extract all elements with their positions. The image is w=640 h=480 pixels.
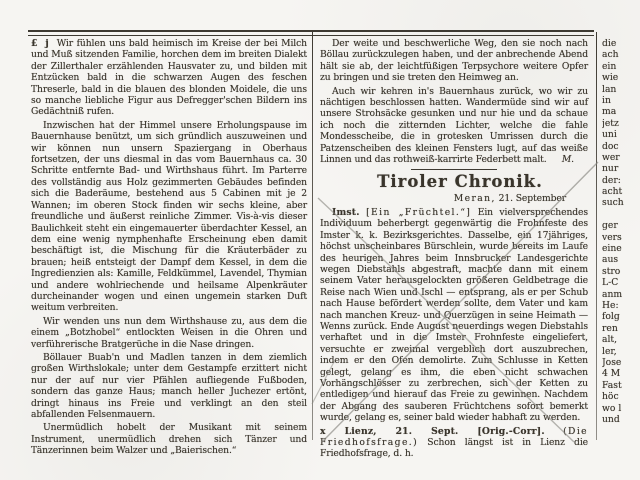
dateline-place: Meran,	[454, 193, 496, 204]
edge-fragment-line: ein	[602, 61, 638, 72]
article-lead: Imst.	[332, 207, 360, 218]
edge-fragment-line: eine	[602, 243, 638, 254]
edge-fragment-line: anm	[602, 289, 638, 300]
article-lead: x Lienz, 21. Sept. [Orig.-Corr].	[320, 426, 545, 437]
edge-fragment-line: 4 M	[602, 368, 638, 379]
edge-fragment-line: wie	[602, 72, 638, 83]
edge-fragment-line: Jose	[602, 357, 638, 368]
masthead-bottom-rule	[28, 30, 594, 36]
paragraph-text: Auch wir kehren in's Bauernhaus zurück, …	[320, 86, 588, 165]
edge-fragment-line: der:	[602, 175, 638, 186]
edge-fragment-line: uni	[602, 129, 638, 140]
edge-fragment-line: ma	[602, 106, 638, 117]
edge-fragment-line: He:	[602, 300, 638, 311]
edge-fragment-line: die	[602, 38, 638, 49]
edge-fragment-line: höc	[602, 391, 638, 402]
column-divider	[312, 32, 313, 440]
paragraph-text: Wir fühlen uns bald heimisch im Kreise d…	[31, 38, 307, 117]
article-paragraph: Der weite und beschwerliche Weg, den sie…	[320, 38, 588, 84]
edge-fragment-line: ach	[602, 49, 638, 60]
edge-fragment-line: stro	[602, 266, 638, 277]
article-paragraph: Auch wir kehren in's Bauernhaus zurück, …	[320, 86, 588, 166]
left-text-column: £ jWir fühlen uns bald heimisch im Kreis…	[31, 38, 307, 459]
article-paragraph: Unermüdlich hobelt der Musikant mit sein…	[31, 422, 307, 456]
newspaper-scan-page: £ jWir fühlen uns bald heimisch im Kreis…	[0, 0, 640, 480]
edge-fragment-line: nur	[602, 163, 638, 174]
cut-off-edge-column: dieacheinwielaninmajetzunidocwernurder:a…	[602, 38, 638, 438]
article-paragraph: Imst. [Ein „Früchtel.“] Ein vielversprec…	[320, 207, 588, 424]
edge-fragment-line: doc	[602, 141, 638, 152]
section-separator-rule	[411, 169, 497, 170]
edge-fragment-line: wo l	[602, 403, 638, 414]
edge-fragment-line: Fast	[602, 380, 638, 391]
section-title: Tiroler Chronik.	[320, 173, 588, 191]
dateline: Meran, 21. September	[320, 193, 588, 204]
edge-fragment-line: acht	[602, 186, 638, 197]
edge-fragment-line: ger	[602, 220, 638, 231]
edge-fragment-line: ler,	[602, 346, 638, 357]
column-divider	[596, 32, 597, 440]
edge-fragment-line: ren	[602, 323, 638, 334]
edge-fragment-line: und	[602, 414, 638, 425]
edge-fragment-line	[602, 209, 638, 220]
author-signature: M.	[550, 154, 588, 165]
edge-fragment-line: wer	[602, 152, 638, 163]
article-subtitle: [Ein „Früchtel.“]	[366, 207, 471, 218]
right-text-column: Der weite und beschwerliche Weg, den sie…	[320, 38, 588, 462]
edge-fragment-line: such	[602, 197, 638, 208]
edge-fragment-line: aus	[602, 254, 638, 265]
edge-fragment-line: jetz	[602, 118, 638, 129]
edge-fragment-line: L-C	[602, 277, 638, 288]
article-paragraph: Böllauer Buab'n und Madlen tanzen in dem…	[31, 352, 307, 420]
edge-fragment-line: folg	[602, 311, 638, 322]
article-paragraph: Inzwischen hat der Himmel unsere Erholun…	[31, 120, 307, 314]
edge-fragment-line: vers	[602, 232, 638, 243]
edge-fragment-line: lan	[602, 84, 638, 95]
margin-mark: £ j	[31, 38, 57, 49]
article-paragraph: £ jWir fühlen uns bald heimisch im Kreis…	[31, 38, 307, 118]
paragraph-text: Ein vielversprechendes Individuum beherb…	[320, 207, 588, 423]
edge-fragment-line: alt,	[602, 334, 638, 345]
edge-fragment-line: in	[602, 95, 638, 106]
article-paragraph: Wir wenden uns nun dem Wirthshause zu, a…	[31, 316, 307, 350]
dateline-date: 21. September	[499, 193, 566, 204]
article-paragraph: x Lienz, 21. Sept. [Orig.-Corr]. (Die Fr…	[320, 426, 588, 460]
